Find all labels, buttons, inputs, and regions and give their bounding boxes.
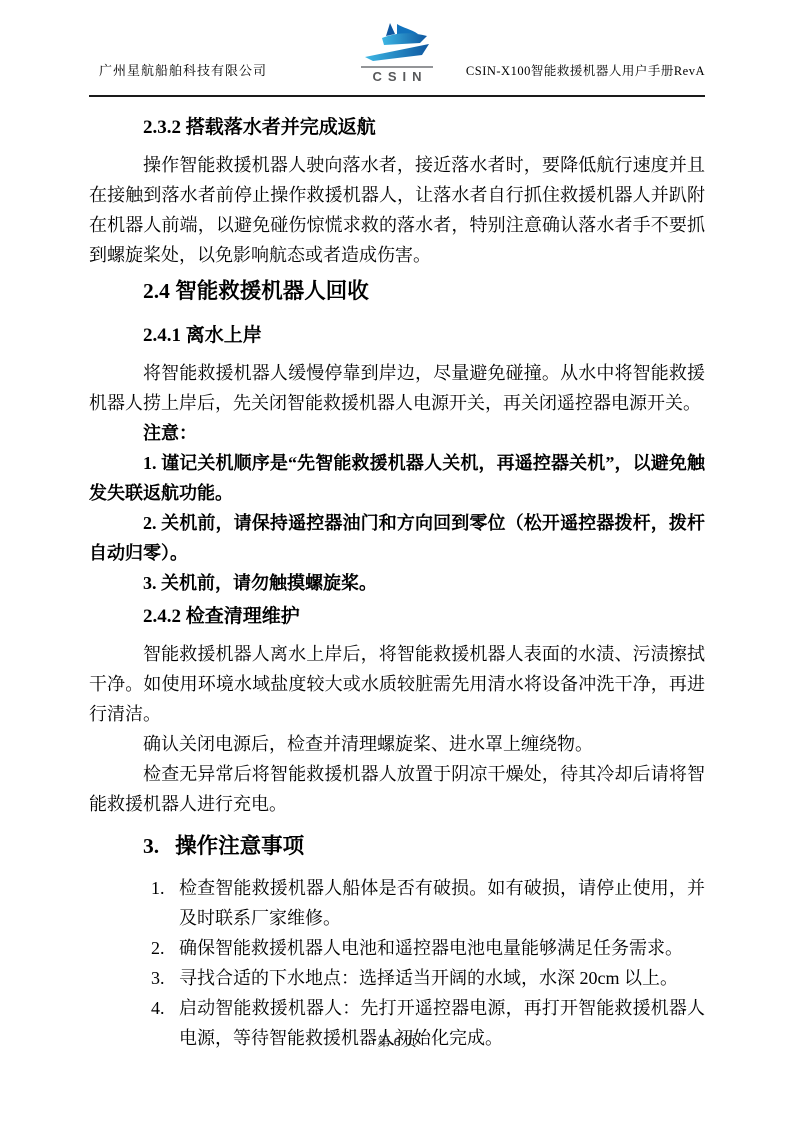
csin-ship-icon bbox=[361, 22, 433, 66]
heading-2-4: 2.4 智能救援机器人回收 bbox=[143, 278, 705, 304]
document-body: 2.3.2 搭载落水者并完成返航 操作智能救援机器人驶向落水者，接近落水者时，要… bbox=[89, 95, 705, 1053]
list-item-text: 确保智能救援机器人电池和遥控器电池电量能够满足任务需求。 bbox=[179, 933, 705, 963]
list-item: 1. 检查智能救援机器人船体是否有破损。如有破损，请停止使用，并及时联系厂家维修… bbox=[151, 873, 705, 933]
list-item-number: 1. bbox=[151, 873, 179, 933]
note-title: 注意： bbox=[89, 418, 705, 448]
heading-3: 3.操作注意事项 bbox=[143, 833, 705, 859]
heading-2-3-2: 2.3.2 搭载落水者并完成返航 bbox=[143, 117, 705, 139]
heading-3-number: 3. bbox=[143, 833, 159, 859]
note-item-1: 1. 谨记关机顺序是“先智能救援机器人关机，再遥控器关机”，以避免触发失联返航功… bbox=[89, 448, 705, 508]
header-doc-title: CSIN-X100智能救援机器人用户手册RevA bbox=[466, 61, 705, 79]
heading-3-label: 操作注意事项 bbox=[175, 834, 304, 858]
paragraph-2-3-2: 操作智能救援机器人驶向落水者，接近落水者时，要降低航行速度并且在接触到落水者前停… bbox=[89, 150, 705, 270]
document-page: 广州星航船舶科技有限公司 CSIN CSIN-X100智能救援机器人用户手册Re… bbox=[0, 0, 794, 1123]
list-item-number: 2. bbox=[151, 933, 179, 963]
list-item: 3. 寻找合适的下水地点：选择适当开阔的水域，水深 20cm 以上。 bbox=[151, 963, 705, 993]
heading-2-4-2: 2.4.2 检查清理维护 bbox=[143, 606, 705, 628]
list-item-number: 3. bbox=[151, 963, 179, 993]
list-item: 2. 确保智能救援机器人电池和遥控器电池电量能够满足任务需求。 bbox=[151, 933, 705, 963]
csin-logo: CSIN bbox=[355, 22, 439, 84]
note-item-2: 2. 关机前，请保持遥控器油门和方向回到零位（松开遥控器拨杆，拨杆自动归零）。 bbox=[89, 508, 705, 568]
header-company-name: 广州星航船舶科技有限公司 bbox=[99, 60, 267, 79]
page-footer: 第 6 页 bbox=[0, 1031, 794, 1050]
page-header: 广州星航船舶科技有限公司 CSIN CSIN-X100智能救援机器人用户手册Re… bbox=[89, 0, 705, 97]
list-item-text: 寻找合适的下水地点：选择适当开阔的水域，水深 20cm 以上。 bbox=[179, 963, 705, 993]
heading-2-4-1: 2.4.1 离水上岸 bbox=[143, 325, 705, 347]
paragraph-2-4-2-c: 检查无异常后将智能救援机器人放置于阴凉干燥处，待其冷却后请将智能救援机器人进行充… bbox=[89, 759, 705, 819]
paragraph-2-4-2-b: 确认关闭电源后，检查并清理螺旋桨、进水罩上缠绕物。 bbox=[89, 729, 705, 759]
numbered-list: 1. 检查智能救援机器人船体是否有破损。如有破损，请停止使用，并及时联系厂家维修… bbox=[151, 873, 705, 1053]
note-item-3: 3. 关机前，请勿触摸螺旋桨。 bbox=[89, 568, 705, 598]
csin-logo-text: CSIN bbox=[361, 66, 433, 84]
list-item-text: 检查智能救援机器人船体是否有破损。如有破损，请停止使用，并及时联系厂家维修。 bbox=[179, 873, 705, 933]
paragraph-2-4-1: 将智能救援机器人缓慢停靠到岸边，尽量避免碰撞。从水中将智能救援机器人捞上岸后，先… bbox=[89, 358, 705, 418]
paragraph-2-4-2-a: 智能救援机器人离水上岸后，将智能救援机器人表面的水渍、污渍擦拭干净。如使用环境水… bbox=[89, 639, 705, 729]
page-number: 第 6 页 bbox=[377, 1034, 416, 1049]
